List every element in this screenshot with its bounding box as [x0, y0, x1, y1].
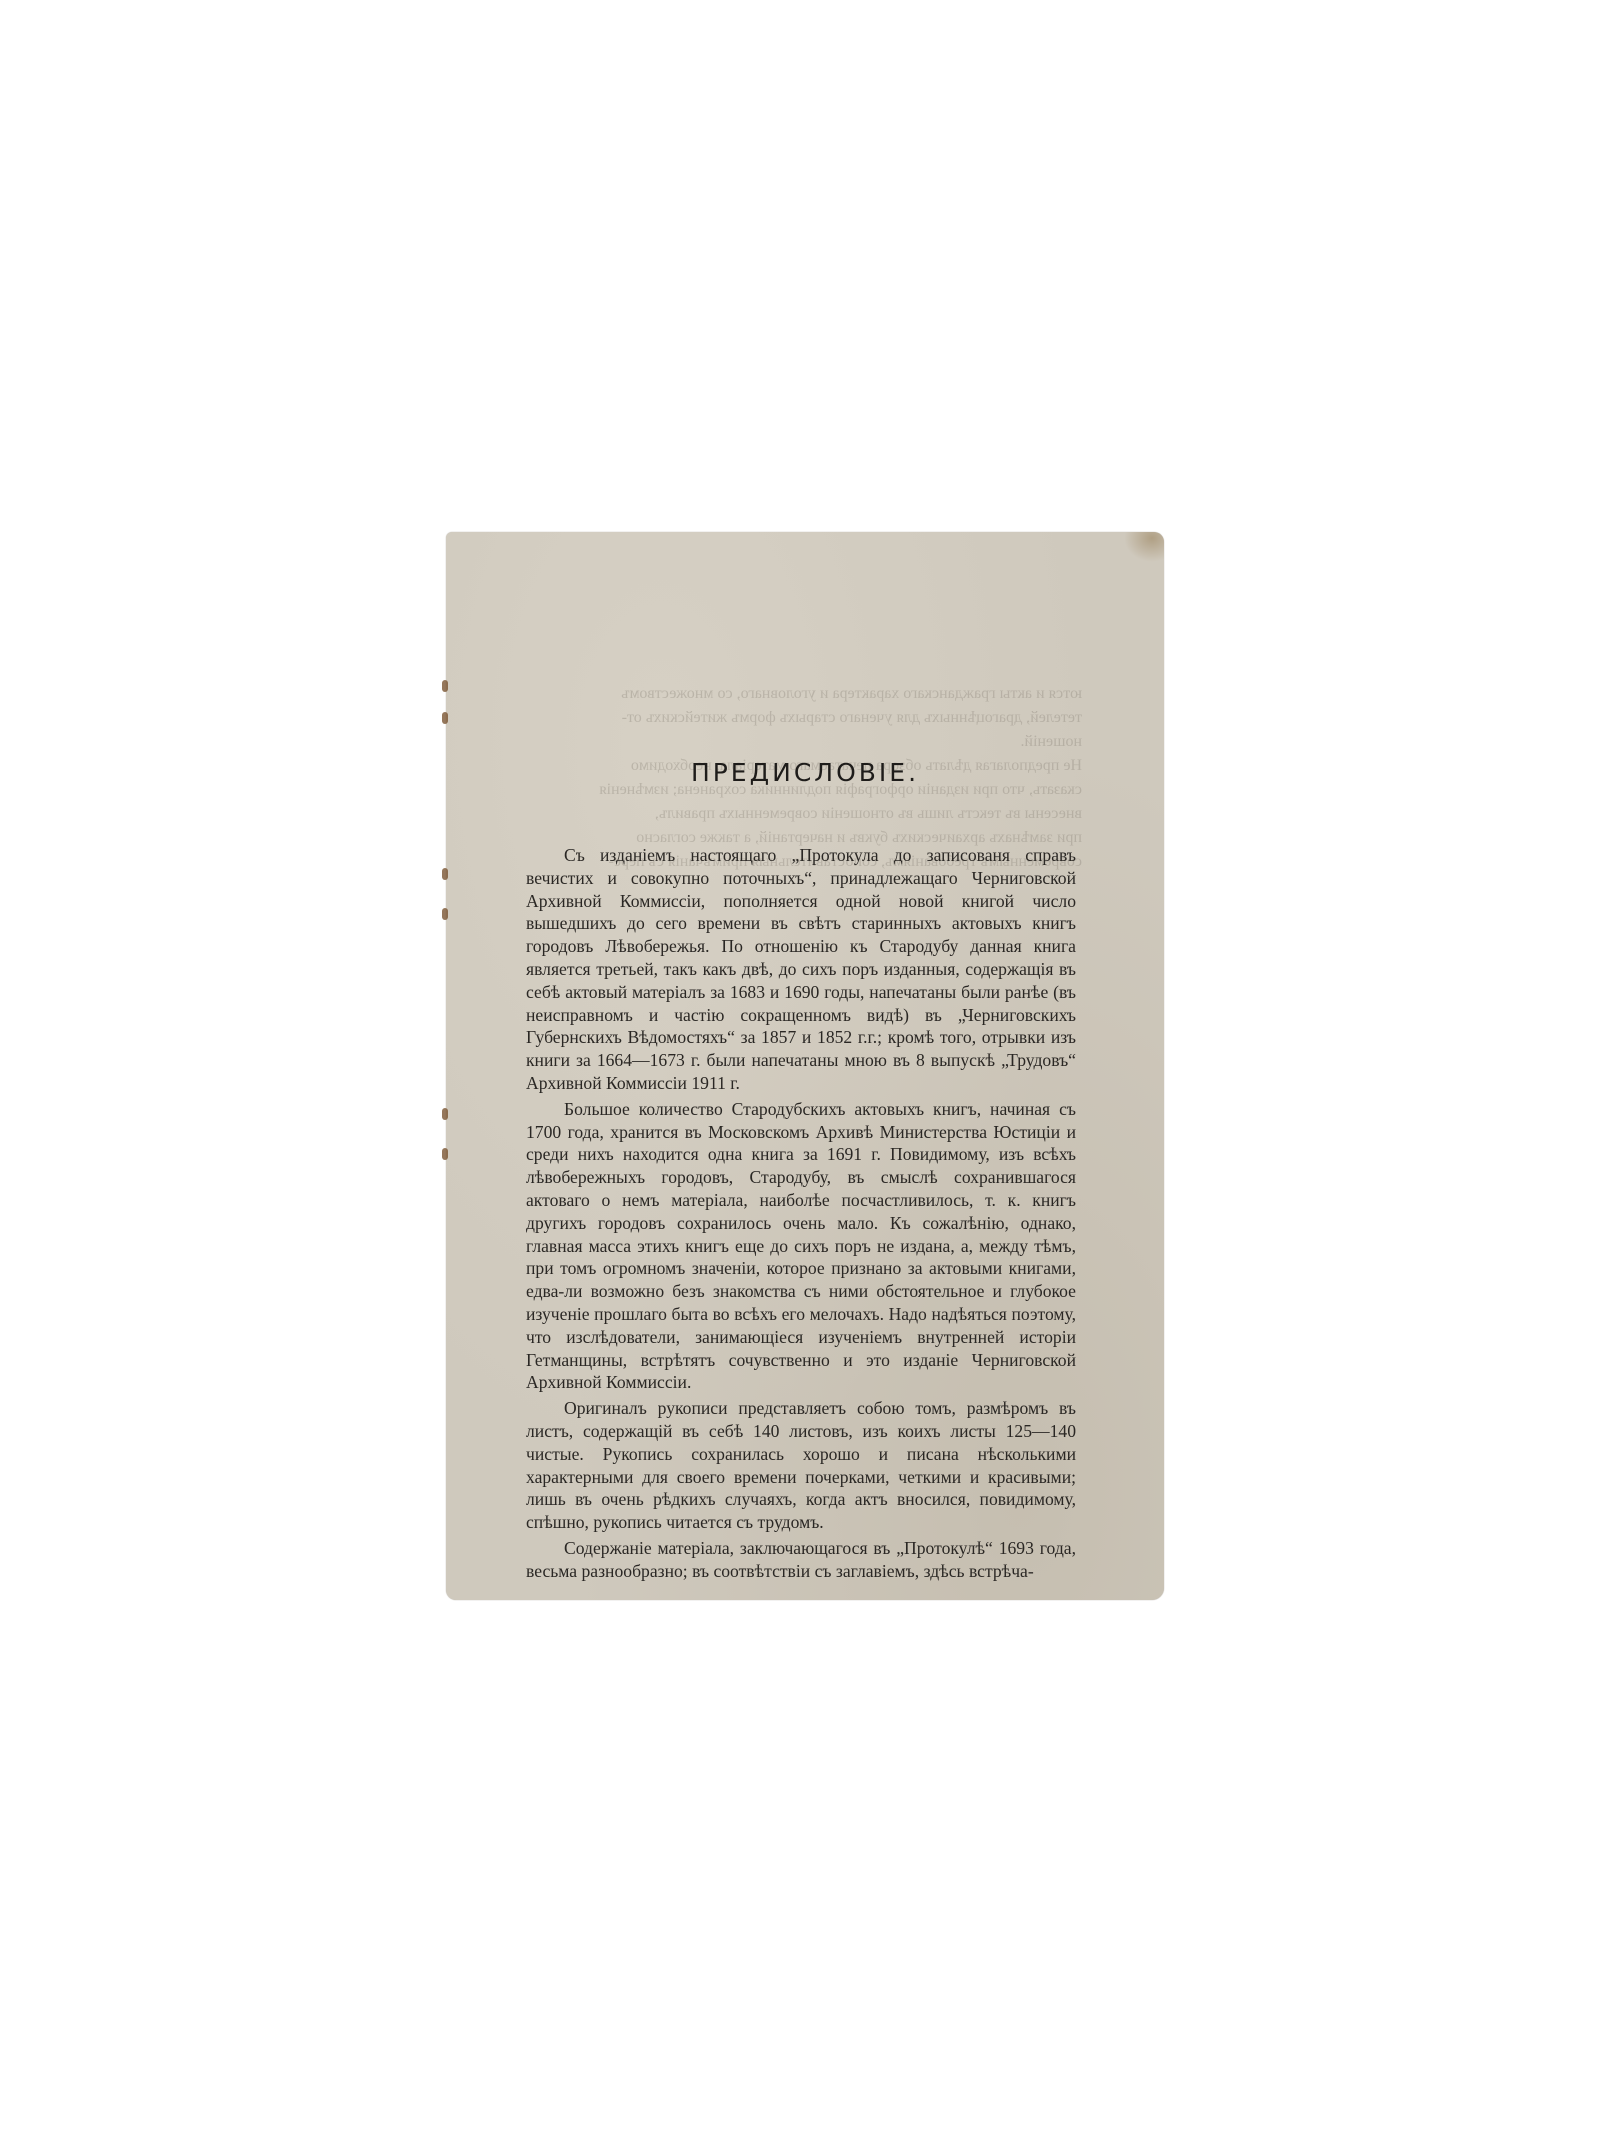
document-page: ются и акты гражданскаго характера и уго…	[446, 532, 1164, 1600]
paragraph: Оригиналъ рукописи представляетъ собою т…	[526, 1397, 1076, 1534]
binding-mark	[442, 1148, 448, 1160]
body-text: Съ изданіемъ настоящаго „Протокула до за…	[526, 844, 1076, 1586]
binding-mark	[442, 680, 448, 692]
paragraph: Содержаніе матеріала, заключающагося въ …	[526, 1537, 1076, 1583]
binding-mark	[442, 712, 448, 724]
show-through-line: внесены въ текстъ лишь въ отношеніи совр…	[522, 802, 1082, 826]
show-through-line: ношеній.	[522, 730, 1082, 754]
show-through-line: ются и акты гражданскаго характера и уго…	[522, 682, 1082, 706]
paragraph: Съ изданіемъ настоящаго „Протокула до за…	[526, 844, 1076, 1095]
binding-mark	[442, 868, 448, 880]
binding-mark	[442, 908, 448, 920]
paragraph: Большое количество Стародубскихъ актовых…	[526, 1098, 1076, 1394]
binding-mark	[442, 1108, 448, 1120]
page-title: ПРЕДИСЛОВІЕ.	[446, 758, 1164, 787]
corner-wear	[1124, 532, 1164, 562]
show-through-line: тетелей, драгоцѣнныхъ для ученаго старых…	[522, 706, 1082, 730]
